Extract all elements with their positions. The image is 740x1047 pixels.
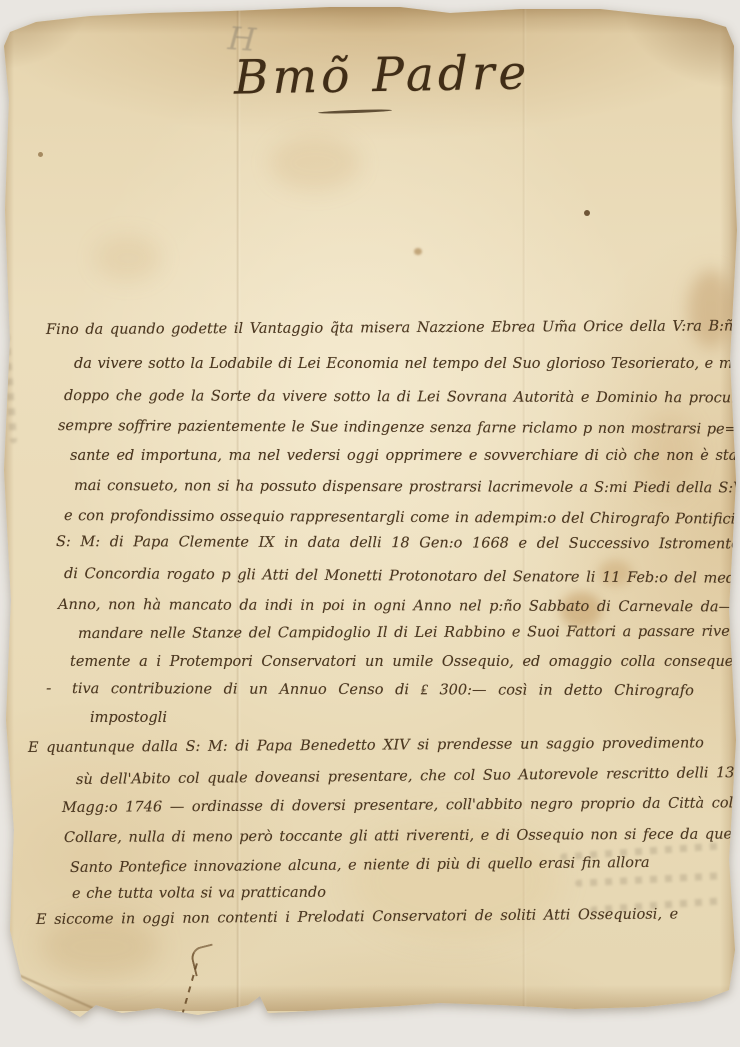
text-line: Collare, nulla di meno però toccante gli… bbox=[64, 826, 737, 846]
text-line: Santo Pontefice innovazione alcuna, e ni… bbox=[70, 855, 650, 876]
text-line: impostogli bbox=[90, 710, 167, 726]
ink-speck bbox=[584, 210, 590, 216]
text-line: da vivere sotto la Lodabile di Lei Econo… bbox=[74, 356, 740, 372]
text-line: Anno, non hà mancato da indi in poi in o… bbox=[58, 597, 733, 615]
text-line: E siccome in oggi non contenti i Preloda… bbox=[36, 906, 678, 928]
text-line: mai consueto, non si ha possuto dispensa… bbox=[74, 478, 740, 496]
text-line: e con profondissimo ossequio rappresenta… bbox=[64, 508, 740, 528]
text-line: S: M: di Papa Clemente IX in data delli … bbox=[56, 534, 740, 552]
text-line: Fino da quando godette il Vantaggio q̃ta… bbox=[46, 318, 740, 338]
stain bbox=[270, 135, 360, 191]
text-line: Magg:o 1746 — ordinasse di doversi prese… bbox=[62, 795, 733, 816]
ink-speck bbox=[414, 248, 422, 255]
manuscript-page-wrap: H Bmõ Padre Fino da quando godette il Va… bbox=[0, 0, 740, 1047]
text-line: doppo che gode la Sorte da vivere sotto … bbox=[64, 388, 740, 406]
bleedthrough-text bbox=[3, 333, 18, 443]
text-line: E quantunque dalla S: M: di Papa Benedet… bbox=[28, 735, 704, 756]
paper-edge-bottom bbox=[0, 985, 740, 1011]
text-line: temente a i Protempori Conservatori un u… bbox=[70, 654, 740, 670]
paper-edge-top bbox=[0, 0, 740, 34]
stain bbox=[688, 270, 734, 348]
ink-mark-dashes bbox=[176, 963, 198, 1033]
photograph-background: H Bmõ Padre Fino da quando godette il Va… bbox=[0, 0, 740, 1047]
text-line: e che tutta volta si va pratticando bbox=[72, 885, 326, 902]
paper-edge-left bbox=[0, 0, 14, 1047]
fold-crease-corner bbox=[14, 972, 106, 1015]
margin-dash: - bbox=[46, 678, 51, 697]
text-line: mandare nelle Stanze del Campidoglio Il … bbox=[78, 624, 740, 642]
paper-corner-top-right bbox=[620, 0, 740, 90]
text-line: sante ed importuna, ma nel vedersi oggi … bbox=[70, 448, 740, 464]
text-line: di Concordia rogato p gli Atti del Monet… bbox=[64, 566, 740, 587]
manuscript-page: H Bmõ Padre Fino da quando godette il Va… bbox=[0, 0, 740, 1047]
ink-speck bbox=[38, 152, 43, 157]
stain bbox=[95, 235, 161, 281]
bleedthrough-text bbox=[575, 872, 725, 887]
text-line: sempre soffrire pazientemente le Sue ind… bbox=[58, 418, 737, 438]
page-title: Bmõ Padre bbox=[234, 45, 531, 105]
title-underline-flourish bbox=[318, 109, 392, 115]
text-line: tiva contribuzione di un Annuo Censo di … bbox=[72, 681, 694, 700]
text-line: sù dell'Abito col quale doveansi present… bbox=[76, 765, 735, 788]
paper-corner-top-left bbox=[0, 0, 90, 70]
